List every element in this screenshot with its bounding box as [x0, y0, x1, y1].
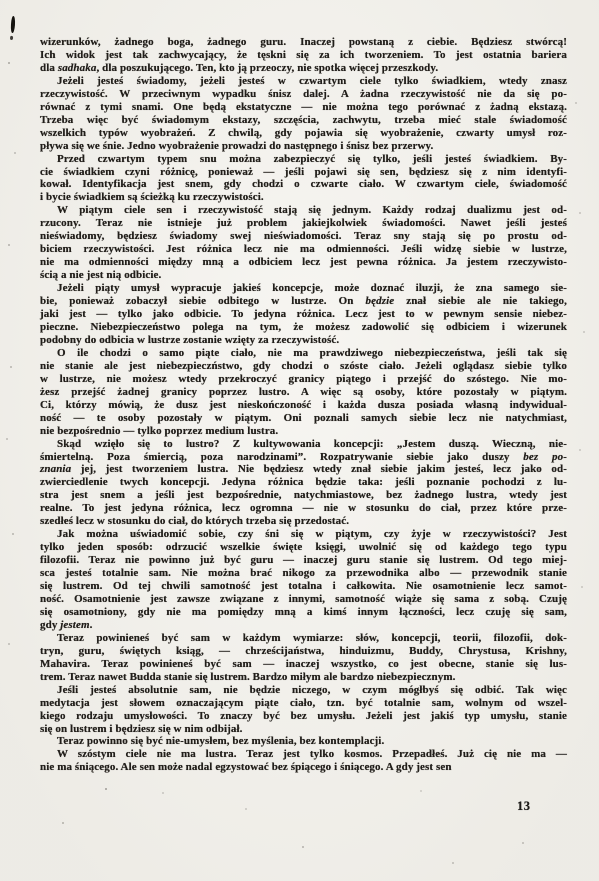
text-line: nie bezpośrednio — tylko poprzez medium … — [40, 425, 567, 438]
text-line: medytacja jest słowem oznaczającym piąte… — [40, 697, 567, 710]
text-line: dla sadhaka, dla poszukującego. Ten, kto… — [40, 62, 567, 75]
paragraph: Jeżeli jesteś świadomy, jeżeli jesteś w … — [40, 75, 567, 153]
paragraph: wizerunków, żadnego boga, żadnego guru. … — [40, 36, 567, 75]
text-line: Ci, którzy mówią, że dusz jest nieskończ… — [40, 399, 567, 412]
text-line: jaki jest — tylko jako odbicie. To jedyn… — [40, 308, 567, 321]
text-line: znania jej, jest tworzeniem lustra. Nie … — [40, 463, 567, 476]
text-line: pływa się we śnie. Jedno wyobrażenie pro… — [40, 140, 567, 153]
text-line: tryn, guru, świętych ksiąg, — chrześcija… — [40, 645, 567, 658]
text-line: Jak można uświadomić sobie, czy śni się … — [40, 528, 567, 541]
text-line: bie, ponieważ zobaczył siebie odbitego w… — [40, 295, 567, 308]
text-line: O ile chodzi o samo piąte ciało, nie ma … — [40, 347, 567, 360]
text-line: gdy jestem. — [40, 619, 567, 632]
text-line: się on lustrem i będziesz się w nim odbi… — [40, 723, 567, 736]
text-line: Skąd wzięło się to lustro? Z kultywowani… — [40, 438, 567, 451]
text-line: cie świadkiem czyni różnicę, ponieważ — … — [40, 166, 567, 179]
text-line: nie ma odmienności między mną a odbiciem… — [40, 256, 567, 269]
text-line: Ich widok jest tak zachwycający, że tęsk… — [40, 49, 567, 62]
paragraph: Jak można uświadomić sobie, czy śni się … — [40, 528, 567, 632]
text-line: trem. Teraz nawet Budda stanie się lustr… — [40, 671, 567, 684]
paragraph: Teraz powinno się być nie-umysłem, bez m… — [40, 735, 567, 748]
text-line: realne. To jest jedyna różnica, lecz ogr… — [40, 502, 567, 515]
text-line: się lustrem. Od tej chwili samotność jes… — [40, 580, 567, 593]
text-line: Trzeba więc być świadomym ekstazy, szczę… — [40, 114, 567, 127]
text-line: ścią a nie jest nią odbicie. — [40, 269, 567, 282]
book-page: wizerunków, żadnego boga, żadnego guru. … — [0, 0, 599, 881]
text-line: i bycie świadkiem są ścieżką ku rzeczywi… — [40, 191, 567, 204]
text-line: kował. Identyfikacja jest snem, gdy chod… — [40, 178, 567, 191]
text-line: filozofii. Teraz nie powinno już być gur… — [40, 554, 567, 567]
paragraph: W szóstym ciele nie ma lustra. Teraz jes… — [40, 748, 567, 774]
text-line: nie stanie ale jest niebezpieczństwo, gd… — [40, 360, 567, 373]
paragraph: O ile chodzi o samo piąte ciało, nie ma … — [40, 347, 567, 438]
text-line: W szóstym ciele nie ma lustra. Teraz jes… — [40, 748, 567, 761]
text-line: podobny do odbicia w lustrze zostanie wz… — [40, 334, 567, 347]
text-line: Teraz powinno się być nie-umysłem, bez m… — [40, 735, 567, 748]
paragraph: Jeśli jesteś absolutnie sam, nie będzie … — [40, 684, 567, 736]
text-line: Jeśli jesteś absolutnie sam, nie będzie … — [40, 684, 567, 697]
text-line: rzucony. Teraz nie istnieje już problem … — [40, 217, 567, 230]
text-line: rzeczywistość. W przeciwnym wypadku śnis… — [40, 88, 567, 101]
paragraph: Teraz powinieneś być sam w każdym wymiar… — [40, 632, 567, 684]
text-line: Przed czwartym typem snu można zabezpiec… — [40, 153, 567, 166]
text-line: Jeżeli jesteś świadomy, jeżeli jesteś w … — [40, 75, 567, 88]
paragraph: Jeżeli piąty umysł wypracuje jakieś konc… — [40, 282, 567, 347]
text-line: się osamotniony, gdy nie ma pomiędzy mną… — [40, 606, 567, 619]
page-number: 13 — [517, 799, 531, 814]
text-line: wizerunków, żadnego boga, żadnego guru. … — [40, 36, 567, 49]
text-line: kiego rodzaju umysłowości. To znaczy być… — [40, 710, 567, 723]
text-line: nieświadomy, będziesz świadomy swej nieś… — [40, 230, 567, 243]
text-line: W piątym ciele sen i rzeczywistość stają… — [40, 204, 567, 217]
text-line: nie ma śniącego. Ale sen może nadal egzy… — [40, 761, 567, 774]
ink-smudge-artifact — [10, 16, 15, 33]
text-line: biciem rzeczywistości. Jest różnica lecz… — [40, 243, 567, 256]
text-line: szedłeś lecz w stosunku do ciał, do któr… — [40, 515, 567, 528]
paragraph: W piątym ciele sen i rzeczywistość stają… — [40, 204, 567, 282]
scan-noise-specks — [0, 0, 2, 2]
text-line: Jeżeli piąty umysł wypracuje jakieś konc… — [40, 282, 567, 295]
text-line: wszelkich typów wyobrażeń. Z chwilą, gdy… — [40, 127, 567, 140]
text-line: śmiertelną. Poza śmiercią, poza narodzin… — [40, 451, 567, 464]
text-line: w lustrze, nie możesz wtedy przekroczyć … — [40, 373, 567, 386]
text-line: ność. Osamotnienie jest zawsze związane … — [40, 593, 567, 606]
paragraph: Skąd wzięło się to lustro? Z kultywowani… — [40, 438, 567, 529]
text-line: pieczne. Niebezpieczeństwo polega na tym… — [40, 321, 567, 334]
text-line: zwierciedlenie twych koncepcji. Jedyna r… — [40, 476, 567, 489]
text-line: Teraz powinieneś być sam w każdym wymiar… — [40, 632, 567, 645]
text-line: Mahavira. Teraz powinieneś być sam — ina… — [40, 658, 567, 671]
paragraph: Przed czwartym typem snu można zabezpiec… — [40, 153, 567, 205]
text-line: sca jesteś totalnie sam. Nie można brać … — [40, 567, 567, 580]
text-line: równać z tymi snami. One będą ekstatyczn… — [40, 101, 567, 114]
text-line: tylko jeden sposób: odrzucić wszelkie św… — [40, 541, 567, 554]
text-line: stra jest snem a jeśli jest bezpośrednie… — [40, 489, 567, 502]
text-line: żesz przejść żadnej granicy poprzez lust… — [40, 386, 567, 399]
text-line: ność — te osoby pozostały w piątym. Oni … — [40, 412, 567, 425]
text-block: wizerunków, żadnego boga, żadnego guru. … — [40, 36, 567, 774]
